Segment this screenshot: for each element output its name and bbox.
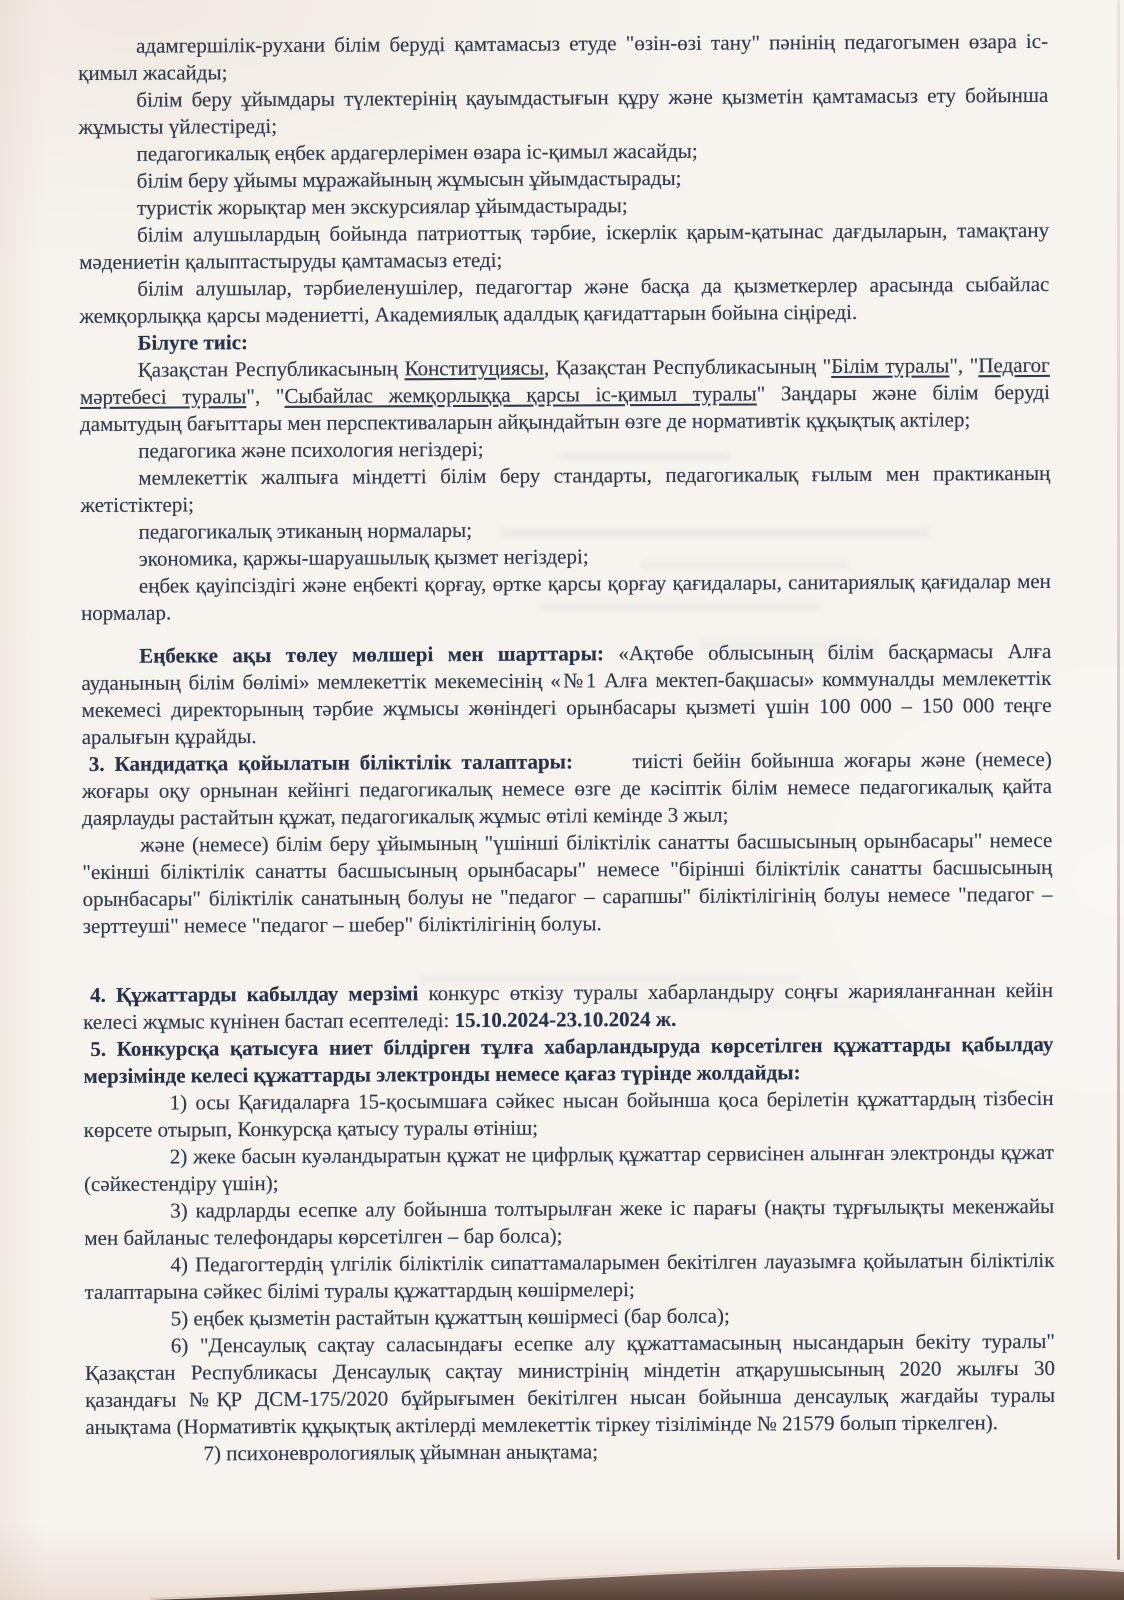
text-run: ", " — [949, 353, 978, 377]
text-run: экономика, қаржы-шаруашылық қызмет негіз… — [139, 544, 589, 570]
text-run: туристік жорықтар мен экскурсиялар ұйымд… — [137, 193, 628, 220]
page-bottom-edge — [0, 1552, 1124, 1600]
text-run: 7) психоневрологиялық ұйымнан анықтама; — [203, 1439, 598, 1465]
paragraph: адамгершілік-рухани білім беруді қамтама… — [78, 28, 1048, 87]
paragraph: 6) "Денсаулық сақтау саласындағы есепке … — [85, 1328, 1056, 1441]
text-run: білім алушылардың бойында патриоттық тәр… — [79, 218, 1049, 274]
bold-text-run: 4. Құжаттарды кабылдау мерзімі — [90, 981, 418, 1007]
page-curl-shadow — [0, 1522, 1124, 1600]
section-5-documents: 5. Конкурсқа қатысуға ниет білдірген тұл… — [83, 1031, 1053, 1090]
text-run: 3) кадрларды есепке алу бойынша толтырыл… — [84, 1194, 1054, 1250]
text-run: педагогикалық еңбек ардагерлерімен өзара… — [137, 139, 698, 166]
paragraph: 4) Педагогтердің үлгілік біліктілік сипа… — [84, 1247, 1054, 1306]
underlined-text-run: Білім туралы — [831, 353, 949, 378]
underlined-text-run: Конституциясы — [405, 356, 545, 381]
text-run: ", " — [246, 384, 284, 408]
document-body: адамгершілік-рухани білім беруді қамтама… — [78, 28, 1056, 1468]
bold-text-run: Білуге тиіс: — [138, 330, 249, 355]
scanned-page: адамгершілік-рухани білім беруді қамтама… — [0, 0, 1124, 1600]
underlined-text-run: Сыбайлас жемқорлыққа қарсы іс-қимыл тура… — [284, 381, 756, 407]
paragraph: және (немесе) білім беру ұйымының "үшінш… — [82, 827, 1053, 940]
section-pay: Еңбекке ақы төлеу мөлшері мен шарттары: … — [81, 638, 1052, 751]
section-4-deadline: 4. Құжаттарды кабылдау мерзімі конкурс ө… — [83, 977, 1053, 1036]
text-run: , Қазақстан Республикасының " — [544, 354, 831, 380]
text-run: Қазақстан Республикасының — [138, 356, 405, 381]
paragraph: Қазақстан Республикасының Конституциясы,… — [80, 352, 1050, 438]
text-run: адамгершілік-рухани білім беруді қамтама… — [78, 29, 1048, 85]
text-run: педагогикалық этиканың нормалары; — [139, 518, 473, 544]
text-run: педагогика және психология негіздері; — [138, 437, 484, 463]
text-run: білім беру ұйымы мұражайының жұмысын ұйы… — [137, 166, 682, 193]
section-3-requirements: 3. Кандидатқа қойылатын біліктілік талап… — [82, 746, 1052, 832]
paragraph: 1) осы Қағидаларға 15-қосымшаға сәйкес н… — [84, 1085, 1054, 1144]
bold-text-run: 15.10.2024-23.10.2024 ж. — [455, 1007, 677, 1032]
text-run: 5) еңбек қызметін растайтын құжаттың көш… — [171, 1304, 730, 1331]
paragraph: 7) психоневрологиялық ұйымнан анықтама; — [85, 1436, 1055, 1468]
text-run: 2) жеке басын куәландыратын құжат не циф… — [84, 1140, 1054, 1196]
bold-text-run: Еңбекке ақы төлеу мөлшері мен шарттары: — [139, 641, 618, 668]
text-run: және (немесе) білім беру ұйымының "үшінш… — [82, 828, 1052, 938]
paragraph: 3) кадрларды есепке алу бойынша толтырыл… — [84, 1193, 1054, 1252]
page-edge-line — [1117, 0, 1120, 1560]
paragraph: мемлекеттік жалпыға міндетті білім беру … — [80, 460, 1050, 519]
paragraph: білім алушылардың бойында патриоттық тәр… — [79, 217, 1049, 276]
paragraph: білім беру ұйымдары түлектерінің қауымда… — [78, 82, 1048, 141]
paragraph: білім алушылар, тәрбиеленушілер, педагог… — [79, 271, 1049, 330]
paragraph: еңбек қауіпсіздігі және еңбекті қорғау, … — [81, 568, 1051, 627]
text-run: мемлекеттік жалпыға міндетті білім беру … — [80, 461, 1050, 517]
text-run: білім алушылар, тәрбиеленушілер, педагог… — [79, 272, 1049, 328]
paragraph: 2) жеке басын куәландыратын құжат не циф… — [84, 1139, 1054, 1198]
text-run: 1) осы Қағидаларға 15-қосымшаға сәйкес н… — [84, 1086, 1054, 1142]
text-run: еңбек қауіпсіздігі және еңбекті қорғау, … — [81, 569, 1051, 625]
text-run: 4) Педагогтердің үлгілік біліктілік сипа… — [85, 1248, 1055, 1304]
bold-text-run: 5. Конкурсқа қатысуға ниет білдірген тұл… — [83, 1032, 1053, 1088]
bold-text-run: 3. Кандидатқа қойылатын біліктілік талап… — [89, 749, 573, 776]
text-run: білім беру ұйымдары түлектерінің қауымда… — [78, 83, 1048, 139]
text-run: 6) "Денсаулық сақтау саласындағы есепке … — [85, 1329, 1055, 1439]
